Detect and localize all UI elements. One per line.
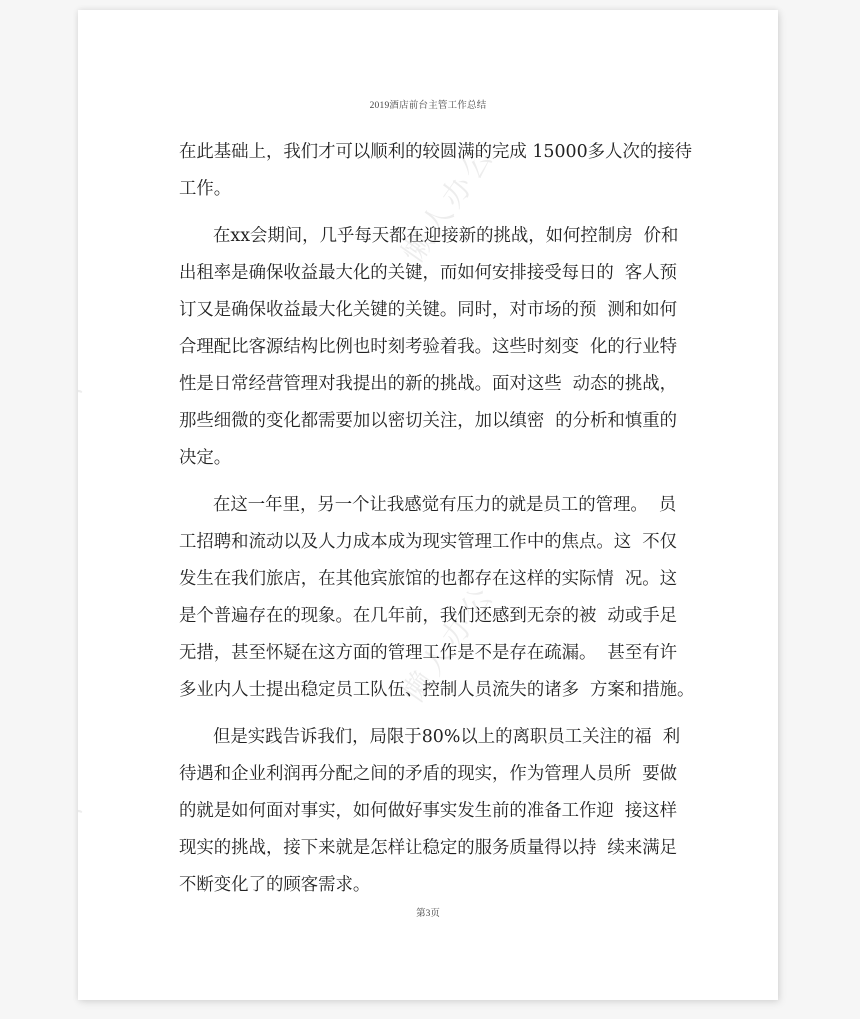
- text-line: 合理配比客源结构比例也时刻考验着我。这些时刻变 化的行业特: [179, 329, 699, 366]
- text-line: 订又是确保收益最大化关键的关键。同时，对市场的预 测和如何: [179, 292, 699, 329]
- text-line: 是个普遍存在的现象。在几年前，我们还感到无奈的被 动或手足: [179, 598, 699, 635]
- text-line: 决定。: [179, 440, 699, 477]
- paragraph-4: 但是实践告诉我们，局限于80%以上的离职员工关注的福 利 待遇和企业利润再分配之…: [179, 719, 699, 904]
- text-line: 的就是如何面对事实，如何做好事实发生前的准备工作迎 接这样: [179, 793, 699, 830]
- text-line: 发生在我们旅店，在其他宾旅馆的也都存在这样的实际情 况。这: [179, 561, 699, 598]
- document-page: 懒人办公 懒人办公 懒人办公 懒人办公 懒人办公 懒人办公 2019酒店前台主管…: [78, 10, 778, 1000]
- text-line: 多业内人士提出稳定员工队伍、控制人员流失的诸多 方案和措施。: [179, 672, 699, 709]
- text-line: 工作。: [179, 171, 699, 208]
- text-line: 在这一年里，另一个让我感觉有压力的就是员工的管理。 员: [179, 487, 699, 524]
- watermark: 懒人办公: [78, 364, 93, 501]
- text-line: 出租率是确保收益最大化的关键，而如何安排接受每日的 客人预: [179, 255, 699, 292]
- text-line: 无措，甚至怀疑在这方面的管理工作是不是存在疏漏。 甚至有许: [179, 635, 699, 672]
- text-line: 但是实践告诉我们，局限于80%以上的离职员工关注的福 利: [179, 719, 699, 756]
- text-line: 现实的挑战，接下来就是怎样让稳定的服务质量得以持 续来满足: [179, 830, 699, 867]
- text-line: 工招聘和流动以及人力成本成为现实管理工作中的焦点。这 不仅: [179, 524, 699, 561]
- paragraph-2: 在xx会期间，几乎每天都在迎接新的挑战，如何控制房 价和 出租率是确保收益最大化…: [179, 218, 699, 477]
- text-line: 在xx会期间，几乎每天都在迎接新的挑战，如何控制房 价和: [179, 218, 699, 255]
- text-line: 待遇和企业利润再分配之间的矛盾的现实，作为管理人员所 要做: [179, 756, 699, 793]
- paragraph-3: 在这一年里，另一个让我感觉有压力的就是员工的管理。 员 工招聘和流动以及人力成本…: [179, 487, 699, 709]
- text-line: 性是日常经营管理对我提出的新的挑战。面对这些 动态的挑战，: [179, 366, 699, 403]
- page-number: 第3页: [78, 905, 778, 919]
- document-body: 在此基础上，我们才可以顺利的较圆满的完成 15000多人次的接待 工作。 在xx…: [179, 134, 699, 914]
- running-header: 2019酒店前台主管工作总结: [78, 97, 778, 111]
- paragraph-1: 在此基础上，我们才可以顺利的较圆满的完成 15000多人次的接待 工作。: [179, 134, 699, 208]
- watermark: 懒人办公: [78, 784, 93, 921]
- text-line: 在此基础上，我们才可以顺利的较圆满的完成 15000多人次的接待: [179, 134, 699, 171]
- document-viewer: 懒人办公 懒人办公 懒人办公 懒人办公 懒人办公 懒人办公 2019酒店前台主管…: [0, 0, 860, 1019]
- text-line: 不断变化了的顾客需求。: [179, 867, 699, 904]
- text-line: 那些细微的变化都需要加以密切关注，加以缜密 的分析和慎重的: [179, 403, 699, 440]
